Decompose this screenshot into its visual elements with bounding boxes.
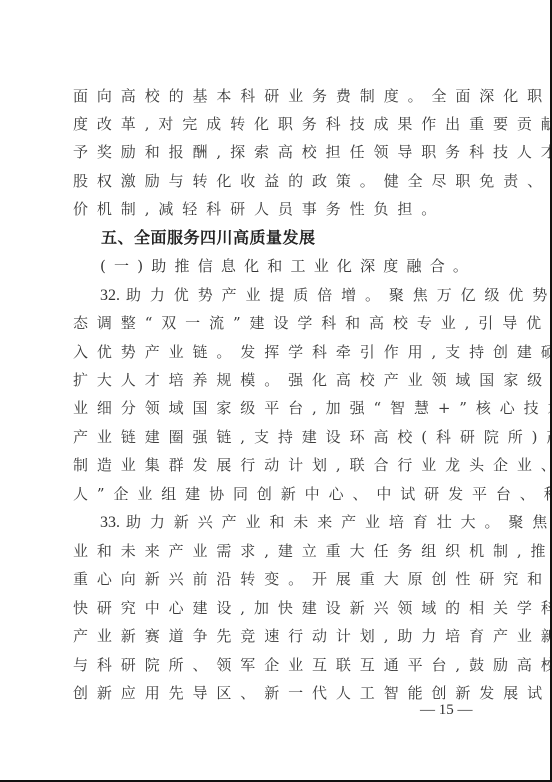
item-32-first-line: 32.助力优势产业提质倍增。聚焦万亿级优势产业需求,动 <box>100 281 520 309</box>
document-page: 面向高校的基本科研业务费制度。全面深化职务科技成果权属制 度改革,对完成转化职务… <box>0 0 550 780</box>
body-text-line: 制造业集群发展行动计划,联合行业龙头企业、专精特新“小巨 <box>73 451 493 479</box>
body-text-line: 人”企业组建协同创新中心、中试研发平台、科技成果转化平台。 <box>73 480 493 508</box>
body-text-line: 快研究中心建设,加快建设新兴领域的相关学科。支持高校参与 <box>73 594 493 622</box>
body-text: 助力新兴产业和未来产业培育壮大。聚焦战略性新兴产 <box>126 513 552 531</box>
body-text-line: 予奖励和报酬,探索高校担任领导职务科技人才按规定获得现金、 <box>73 138 493 166</box>
body-text-line: 度改革,对完成转化职务科技成果作出重要贡献的个人和团队给 <box>73 110 493 138</box>
body-text-line: 扩大人才培养规模。强化高校产业领域国家级平台建设,争创产 <box>73 366 493 394</box>
body-text-line: 产业链建圈强链,支持建设环高校(科研院所)产业带。融入先进 <box>73 423 493 451</box>
body-text-line: 与科研院所、领军企业互联互通平台,鼓励高校融入国家人工智能 <box>73 651 493 679</box>
body-text-line: 重心向新兴前沿转变。开展重大原创性研究和前沿交叉研究,加 <box>73 565 493 593</box>
body-text-line: 价机制,减轻科研人员事务性负担。 <box>73 195 493 223</box>
body-text-line: 股权激励与转化收益的政策。健全尽职免责、容错纠错、长周期评 <box>73 167 493 195</box>
section-heading: 五、全面服务四川高质量发展 <box>101 224 316 252</box>
subsection-heading: (一)助推信息化和工业化深度融合。 <box>100 252 476 280</box>
item-number: 33. <box>100 514 120 531</box>
body-text-line: 业细分领域国家级平台,加强“智慧+”核心技术攻关。聚焦重点 <box>73 394 493 422</box>
body-text: 助力优势产业提质倍增。聚焦万亿级优势产业需求,动 <box>126 286 552 304</box>
page-number: — 15 — <box>420 698 473 722</box>
body-text-line: 入优势产业链。发挥学科牵引作用,支持创建硕博士学位授权点, <box>73 338 493 366</box>
item-number: 32. <box>100 287 120 304</box>
item-33-first-line: 33.助力新兴产业和未来产业培育壮大。聚焦战略性新兴产 <box>100 508 520 536</box>
body-text-line: 态调整“双一流”建设学科和高校专业,引导优势学科、专业群嵌 <box>73 309 493 337</box>
body-text-line: 面向高校的基本科研业务费制度。全面深化职务科技成果权属制 <box>73 82 493 110</box>
body-text-line: 业和未来产业需求,建立重大任务组织机制,推动高水平大学研究 <box>73 537 493 565</box>
body-text-line: 产业新赛道争先竞速行动计划,助力培育产业新赛道。建设高校 <box>73 622 493 650</box>
